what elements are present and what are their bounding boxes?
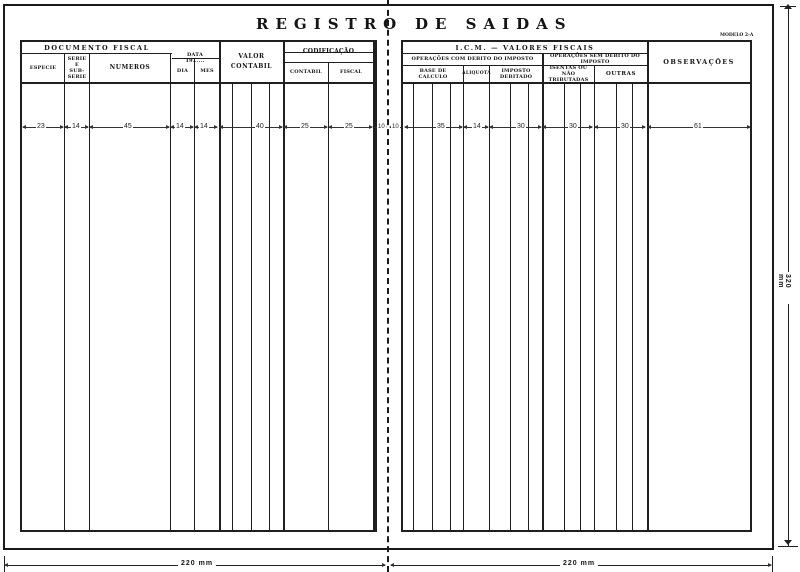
header-isentas: ISENTAS OU NÃO TRIBUTADAS: [543, 65, 594, 82]
header-serie: SERIE E SUB-SERIE: [65, 53, 89, 82]
width-outras: 30: [620, 123, 630, 131]
width-isentas: 30: [568, 123, 578, 131]
title-registro: REGISTRO: [256, 15, 403, 33]
header-operacoes-sem-debito: OPERAÇÕES SEM DEBITO DO IMPOSTO: [543, 53, 647, 65]
header-base-calculo: BASE DE CALCULO: [403, 65, 463, 82]
header-documento-fiscal: DOCUMENTO FISCAL: [22, 42, 172, 53]
dimension-tick-bottom: [778, 546, 798, 547]
width-observacoes: 61: [693, 123, 703, 131]
header-codificacao: CODIFICAÇÃO: [284, 42, 373, 62]
width-right-margin: 10: [391, 123, 400, 131]
center-fold-line: [387, 0, 389, 572]
dimension-tick-right: [772, 556, 773, 572]
dimension-height: 320 mm: [774, 272, 794, 304]
title-de-saidas: DE SAIDAS: [415, 15, 573, 33]
width-fiscal: 25: [344, 123, 354, 131]
header-aliquota: ALIQUOTA: [464, 65, 489, 82]
arrow-up-icon: [784, 4, 792, 9]
header-especie: ESPECIE: [22, 53, 64, 82]
width-valor-contabil: 40: [255, 123, 265, 131]
width-aliquota: 14: [472, 123, 482, 131]
header-contabil: CONTABIL: [284, 62, 328, 82]
header-valor-contabil: VALOR CONTABIL: [220, 42, 283, 82]
header-numeros: NUMEROS: [90, 53, 170, 82]
dimension-tick-left: [4, 556, 5, 572]
header-outras: OUTRAS: [595, 65, 647, 82]
width-dia: 14: [175, 123, 185, 131]
left-register-table: DOCUMENTO FISCAL ESPECIE SERIE E SUB-SER…: [20, 40, 377, 532]
width-mes: 14: [199, 123, 209, 131]
model-label: MODELO 2-A: [720, 33, 753, 38]
width-especie: 23: [36, 123, 46, 131]
arrow-down-icon: [784, 540, 792, 545]
header-imposto-debitado: IMPOSTO DEBITADO: [490, 65, 542, 82]
header-fiscal: FISCAL: [329, 62, 373, 82]
header-dia: DIA: [171, 59, 194, 82]
header-observacoes: OBSERVAÇÕES: [648, 42, 750, 82]
dimension-width-left: 220 mm: [178, 560, 216, 567]
header-mes: MES: [195, 59, 219, 82]
header-icm-valores-fiscais: I.C.M. — VALORES FISCAIS: [403, 42, 647, 53]
width-serie: 14: [71, 123, 81, 131]
width-contabil: 25: [300, 123, 310, 131]
width-numeros: 45: [123, 123, 133, 131]
right-register-table: I.C.M. — VALORES FISCAIS OPERAÇÕES COM D…: [401, 40, 752, 532]
width-base-calculo: 35: [436, 123, 446, 131]
width-left-margin: 10: [377, 123, 386, 131]
header-operacoes-com-debito: OPERAÇÕES COM DEBITO DO IMPOSTO: [403, 53, 542, 65]
dimension-width-right: 220 mm: [560, 560, 598, 567]
width-imposto-debitado: 30: [516, 123, 526, 131]
